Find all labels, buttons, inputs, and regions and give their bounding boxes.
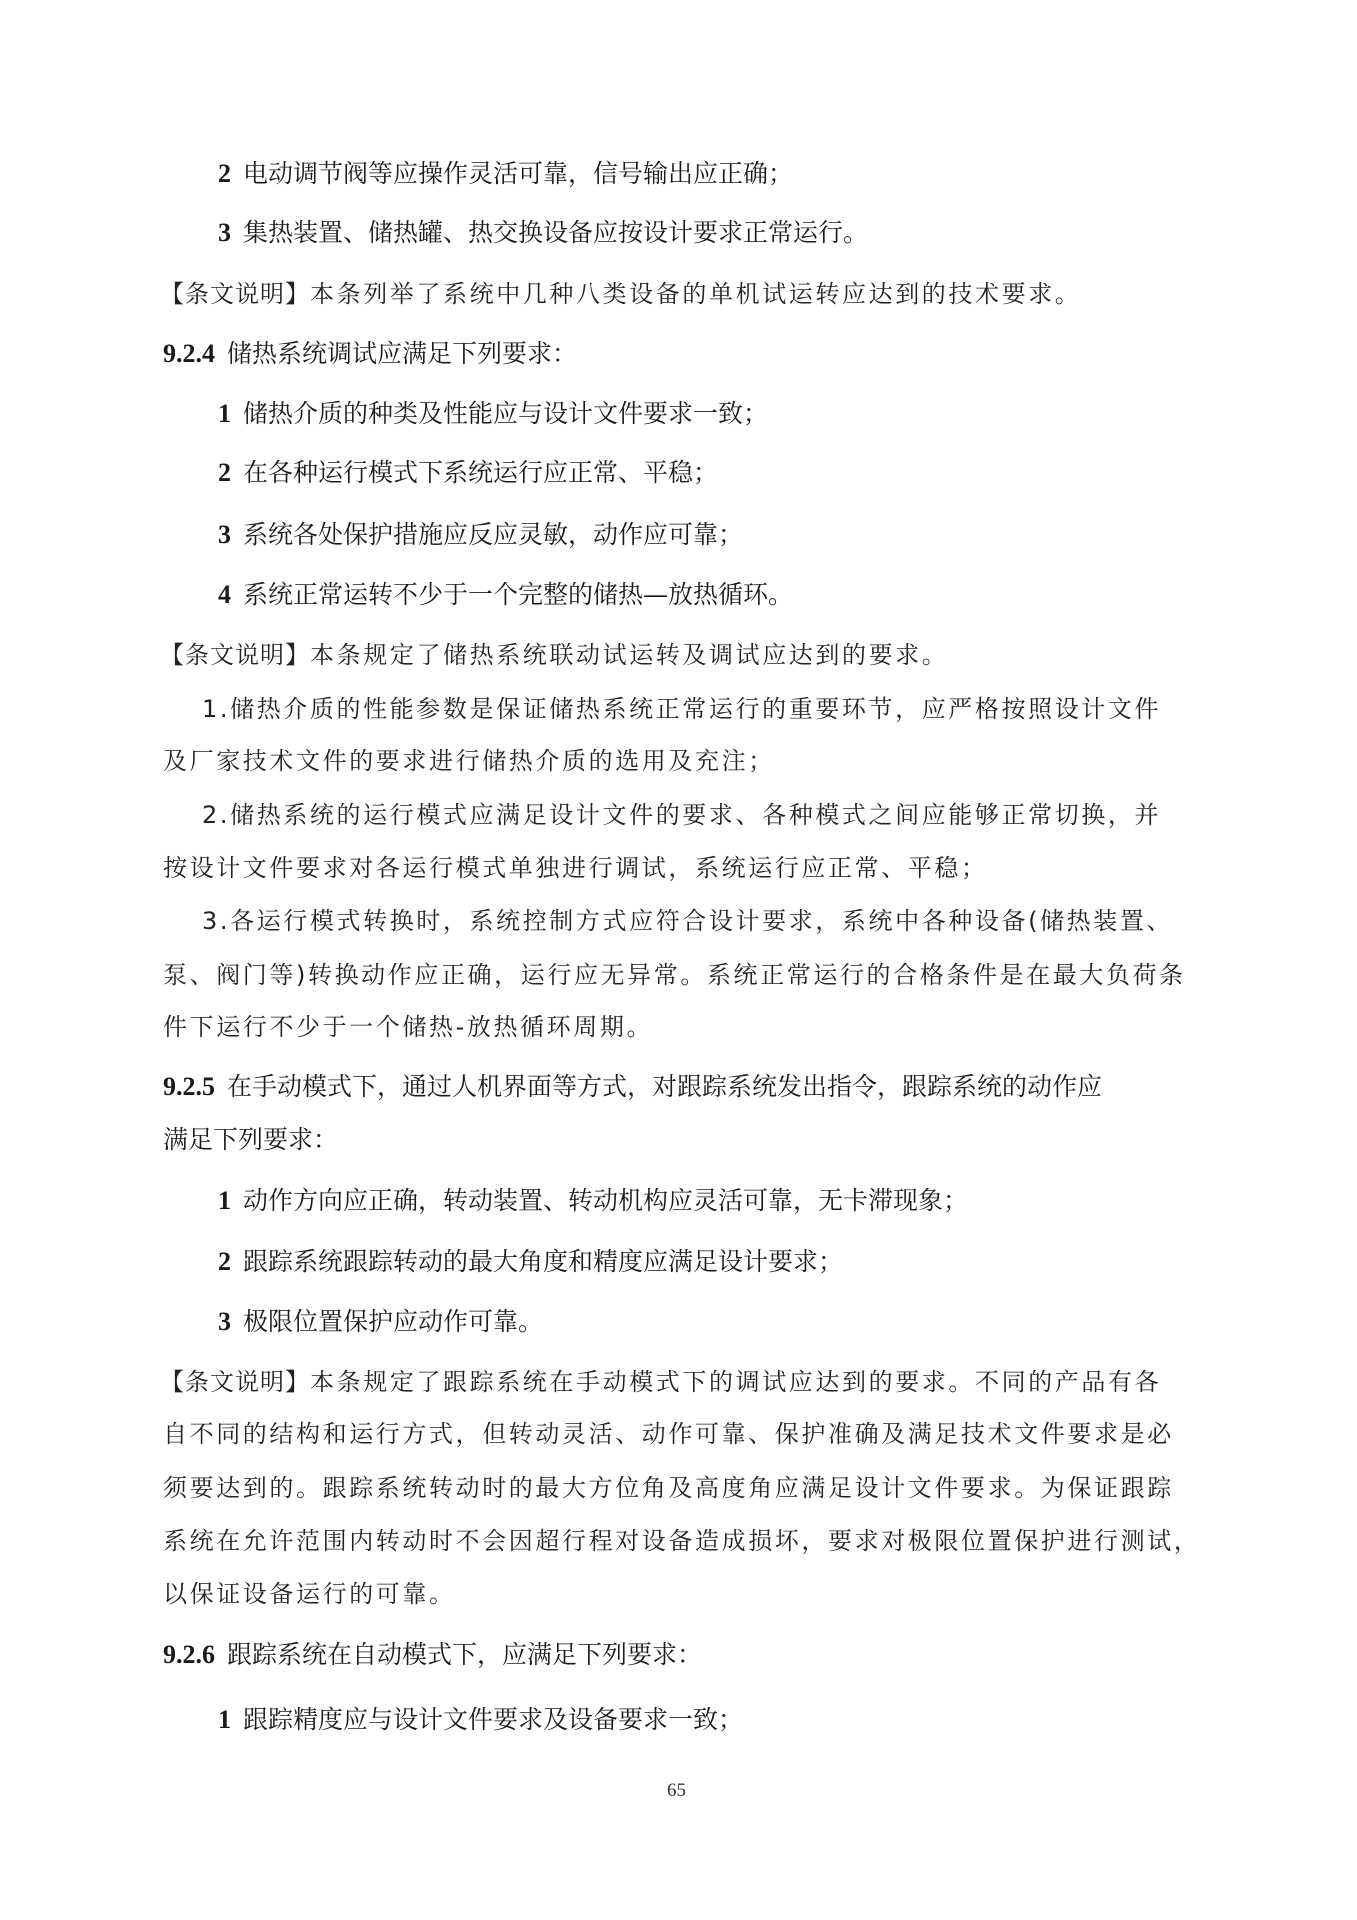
paragraph-line: 2.储热系统的运行模式应满足设计文件的要求、各种模式之间应能够正常切换，并 (202, 798, 1161, 832)
item-text: 电动调节阀等应操作灵活可靠，信号输出应正确； (243, 159, 793, 188)
clause-note: 【条文说明】本条规定了跟踪系统在手动模式下的调试应达到的要求。不同的产品有各 (160, 1365, 1161, 1399)
item-text: 集热装置、储热罐、热交换设备应按设计要求正常运行。 (243, 218, 868, 247)
item-number: 1 (218, 399, 231, 428)
paragraph-line: 件下运行不少于一个储热-放热循环周期。 (163, 1010, 653, 1044)
list-item: 2跟踪系统跟踪转动的最大角度和精度应满足设计要求； (218, 1245, 843, 1279)
list-item: 3极限位置保护应动作可靠。 (218, 1305, 543, 1339)
paragraph-line: 以保证设备运行的可靠。 (163, 1577, 456, 1611)
list-item: 2电动调节阀等应操作灵活可靠，信号输出应正确； (218, 157, 793, 191)
paragraph-line: 及厂家技术文件的要求进行储热介质的选用及充注； (163, 744, 775, 778)
item-number: 4 (218, 580, 231, 609)
clause-text: 储热系统调试应满足下列要求： (227, 339, 577, 368)
item-text: 跟踪精度应与设计文件要求及设备要求一致； (243, 1705, 743, 1734)
clause-text: 在手动模式下，通过人机界面等方式，对跟踪系统发出指令，跟踪系统的动作应 (227, 1072, 1102, 1101)
clause-number: 9.2.4 (163, 339, 215, 368)
note-text: 本条规定了储热系统联动试运转及调试应达到的要求。 (310, 641, 948, 669)
item-number: 2 (218, 1247, 231, 1276)
clause-note: 【条文说明】本条规定了储热系统联动试运转及调试应达到的要求。 (160, 638, 948, 672)
clause-note: 【条文说明】本条列举了系统中几种八类设备的单机试运转应达到的技术要求。 (160, 277, 1081, 311)
paragraph-line: 须要达到的。跟踪系统转动时的最大方位角及高度角应满足设计文件要求。为保证跟踪 (163, 1471, 1174, 1505)
clause-number: 9.2.5 (163, 1072, 215, 1101)
paragraph-line: 1.储热介质的性能参数是保证储热系统正常运行的重要环节，应严格按照设计文件 (202, 692, 1161, 726)
clause-continuation: 满足下列要求： (163, 1123, 338, 1157)
item-text: 系统各处保护措施应反应灵敏，动作应可靠； (243, 520, 743, 549)
paragraph-line: 自不同的结构和运行方式，但转动灵活、动作可靠、保护准确及满足技术文件要求是必 (163, 1417, 1174, 1451)
note-text: 本条规定了跟踪系统在手动模式下的调试应达到的要求。不同的产品有各 (310, 1368, 1161, 1396)
item-text: 系统正常运转不少于一个完整的储热—放热循环。 (243, 580, 793, 609)
note-tag: 【条文说明】 (160, 1368, 310, 1396)
document-page: 2电动调节阀等应操作灵活可靠，信号输出应正确； 3集热装置、储热罐、热交换设备应… (0, 0, 1357, 1920)
item-number: 1 (218, 1705, 231, 1734)
paragraph-line: 系统在允许范围内转动时不会因超行程对设备造成损坏，要求对极限位置保护进行测试， (163, 1524, 1200, 1558)
list-item: 1跟踪精度应与设计文件要求及设备要求一致； (218, 1703, 743, 1737)
clause-heading: 9.2.6跟踪系统在自动模式下，应满足下列要求： (163, 1638, 702, 1672)
item-number: 2 (218, 159, 231, 188)
item-text: 动作方向应正确，转动装置、转动机构应灵活可靠，无卡滞现象； (243, 1186, 968, 1215)
item-number: 1 (218, 1186, 231, 1215)
item-number: 3 (218, 218, 231, 247)
item-number: 3 (218, 520, 231, 549)
list-item: 2在各种运行模式下系统运行应正常、平稳； (218, 456, 718, 490)
list-item: 4系统正常运转不少于一个完整的储热—放热循环。 (218, 578, 793, 612)
list-item: 3系统各处保护措施应反应灵敏，动作应可靠； (218, 518, 743, 552)
clause-text: 跟踪系统在自动模式下，应满足下列要求： (227, 1640, 702, 1669)
note-text: 本条列举了系统中几种八类设备的单机试运转应达到的技术要求。 (310, 280, 1081, 308)
item-number: 3 (218, 1307, 231, 1336)
item-number: 2 (218, 458, 231, 487)
paragraph-line: 按设计文件要求对各运行模式单独进行调试，系统运行应正常、平稳； (163, 851, 988, 885)
clause-heading: 9.2.4储热系统调试应满足下列要求： (163, 337, 577, 371)
page-number: 65 (667, 1780, 686, 1802)
note-tag: 【条文说明】 (160, 641, 310, 669)
paragraph-line: 泵、阀门等)转换动作应正确，运行应无异常。系统正常运行的合格条件是在最大负荷条 (163, 958, 1186, 992)
paragraph-line: 3.各运行模式转换时，系统控制方式应符合设计要求，系统中各种设备(储热装置、 (202, 904, 1173, 938)
item-text: 在各种运行模式下系统运行应正常、平稳； (243, 458, 718, 487)
item-text: 极限位置保护应动作可靠。 (243, 1307, 543, 1336)
note-tag: 【条文说明】 (160, 280, 310, 308)
item-text: 储热介质的种类及性能应与设计文件要求一致； (243, 399, 768, 428)
list-item: 3集热装置、储热罐、热交换设备应按设计要求正常运行。 (218, 216, 868, 250)
clause-number: 9.2.6 (163, 1640, 215, 1669)
item-text: 跟踪系统跟踪转动的最大角度和精度应满足设计要求； (243, 1247, 843, 1276)
list-item: 1储热介质的种类及性能应与设计文件要求一致； (218, 397, 768, 431)
list-item: 1动作方向应正确，转动装置、转动机构应灵活可靠，无卡滞现象； (218, 1184, 968, 1218)
clause-heading: 9.2.5在手动模式下，通过人机界面等方式，对跟踪系统发出指令，跟踪系统的动作应 (163, 1070, 1102, 1104)
